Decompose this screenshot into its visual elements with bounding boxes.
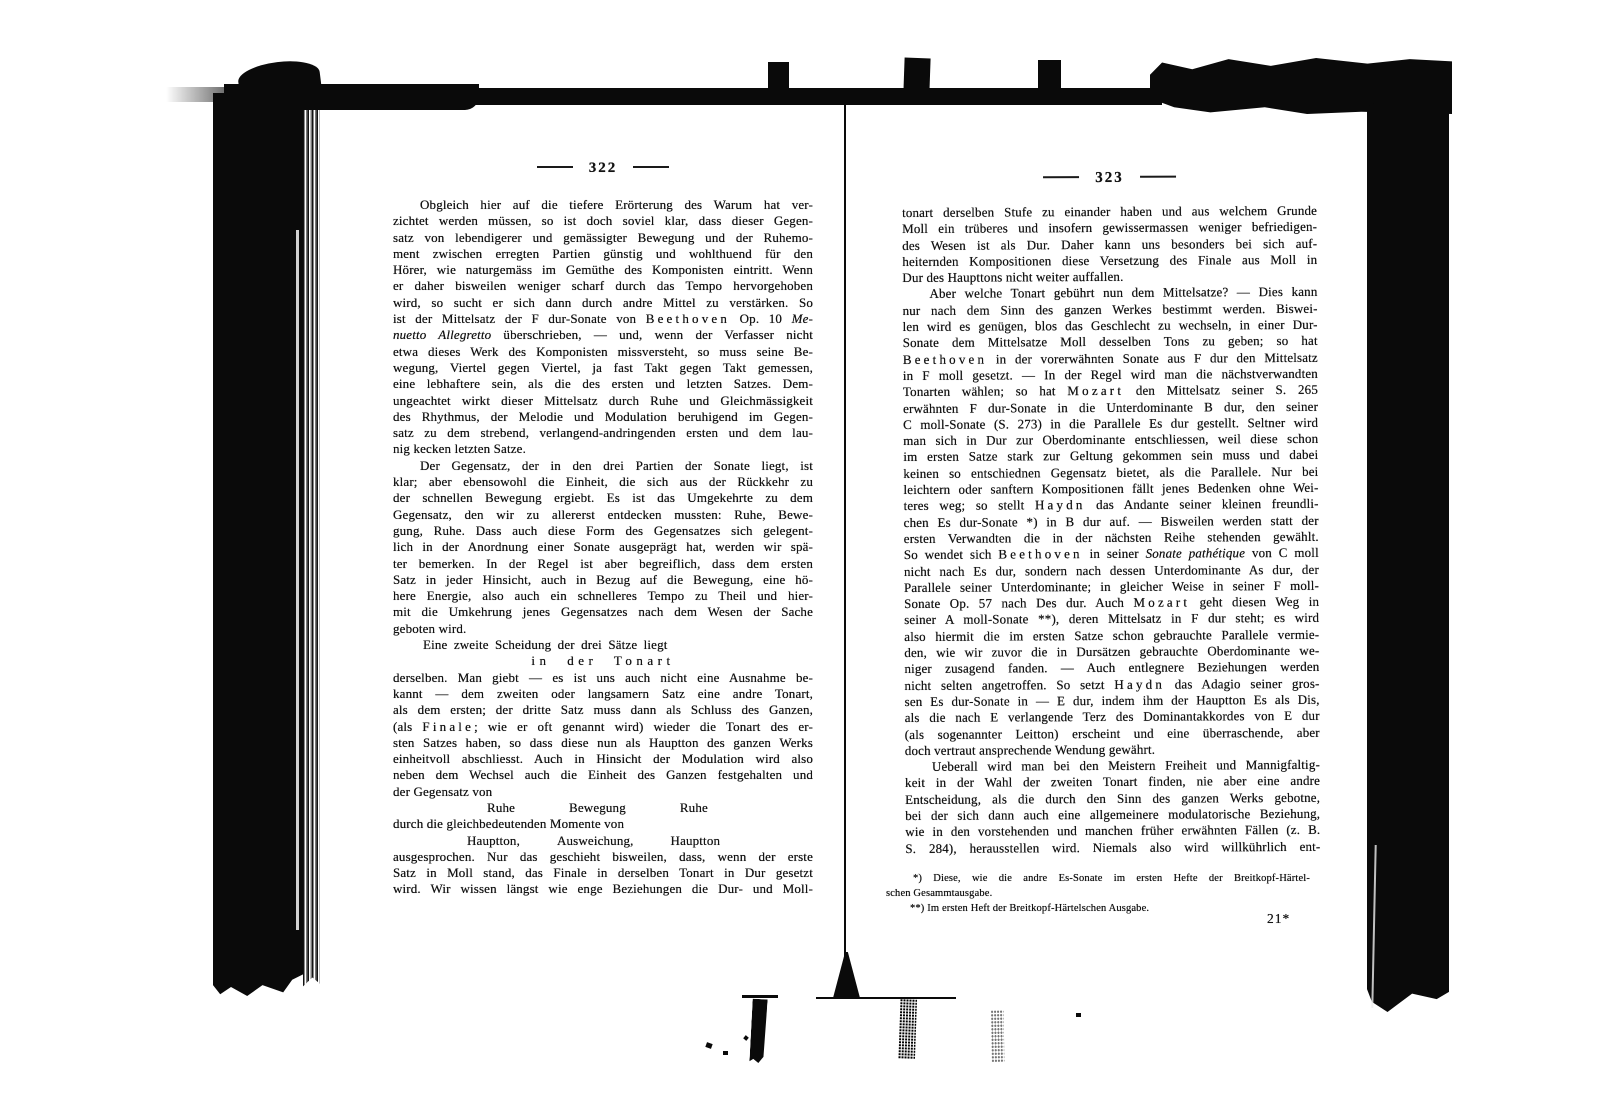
text-line: Moll ein trüberes und insofern gewisserm… <box>902 219 1317 237</box>
column-word: Hauptton <box>671 833 721 849</box>
text-line: ment zwischen erregten Partien günstig u… <box>393 246 813 262</box>
scan-ink-top-band <box>224 88 1162 105</box>
text-line: S. 284), herausstellen wird. Niemals als… <box>905 838 1320 856</box>
text-line: wird. Wir wissen längst wie enge Beziehu… <box>393 881 813 897</box>
text-line: Obgleich hier auf die tiefere Erörterung… <box>393 197 813 213</box>
scan-ink-top-tab <box>1038 60 1061 93</box>
text-line: Tonarten wählen; so hat Mozart den Mitte… <box>903 382 1318 400</box>
scan-ink-speck <box>705 1042 712 1049</box>
scan-ink-left-band <box>213 93 303 996</box>
text-line: wegung, Viertel gegen Viertel, ja fast T… <box>393 360 813 376</box>
text-line: nicht selten angetroffen. So setzt Haydn… <box>904 675 1319 693</box>
text-line: sten Satzes haben, so dass diese nun als… <box>393 735 813 751</box>
column-word: Ausweichung, <box>557 833 634 849</box>
text-line: ter bemerken. In der Regel ist aber begr… <box>393 556 813 572</box>
scan-ink-speck <box>723 1051 728 1055</box>
text-line: satz zu dem strebend, verlangend-andring… <box>393 425 813 441</box>
text-line: nuetto Allegretto überschrieben, — und, … <box>393 327 813 343</box>
text-line: als dem ersten; der dritte Satz muss dan… <box>393 702 813 718</box>
text-line: teres weg; so stellt Haydn das Andante s… <box>904 496 1319 514</box>
text-line: Hauptton,Ausweichung,Hauptton <box>393 833 813 849</box>
text-segment: Sonate Op. 57 nach Des dur. Auch <box>904 595 1133 611</box>
text-line: als die nach E verlangende Terz des Domi… <box>905 708 1320 726</box>
italic-title: Me- <box>792 311 813 326</box>
text-line: RuheBewegungRuhe <box>393 800 813 816</box>
page-number-rule <box>633 166 669 168</box>
printer-signature: 21* <box>1267 911 1290 927</box>
scan-ink-bottom-line <box>816 997 956 999</box>
column-word: Hauptton, <box>467 833 520 849</box>
text-line: So wendet sich Beethoven in seiner Sonat… <box>904 545 1319 563</box>
text-line: eine lebhaftere sein, als die des ersten… <box>393 376 813 392</box>
text-line: ausgesprochen. Nur das geschieht bisweil… <box>393 849 813 865</box>
text-segment: das Adagio seiner gros- <box>1165 675 1320 691</box>
text-segment: teres weg; so stellt <box>904 498 1035 514</box>
left-page-number: 322 <box>393 160 813 177</box>
scan-ink-top-tab <box>768 62 789 92</box>
page-number-value: 323 <box>1095 170 1124 186</box>
text-segment: ; wie er oft genannt wird) wieder die To… <box>474 719 813 734</box>
text-line: des Wesen ist als Dur. Daher kann uns be… <box>902 235 1317 253</box>
emphasized-name: Finale <box>422 719 474 734</box>
text-segment: den Mittelsatz seiner S. 265 <box>1124 382 1318 398</box>
text-line: Hörer, wie naturgemäss im Gemüthe des Ko… <box>393 262 813 278</box>
text-segment: (als <box>393 719 422 734</box>
text-line: keit in der Wahl der zweiten Tonart find… <box>905 773 1320 791</box>
text-line: nig kecken letzten Satze. <box>393 441 813 457</box>
text-line: nicht nach Es dur, sondern nach dessen U… <box>904 561 1319 579</box>
scan-ink-bottom-tab <box>749 999 767 1064</box>
scan-ink-gutter-line <box>844 98 846 960</box>
left-page-body: Obgleich hier auf die tiefere Erörterung… <box>393 197 813 898</box>
text-line: heiternden Kompositionen diese Versetzun… <box>902 252 1317 270</box>
italic-title: nuetto Allegretto <box>393 327 491 342</box>
text-line: der Gegensatz von <box>393 784 813 800</box>
scan-ink-bottom-tab <box>898 999 917 1060</box>
italic-title: Sonate pathétique <box>1146 545 1246 561</box>
text-line: gung, Ruhe. Dass auch diese Form des Geg… <box>393 523 813 539</box>
text-segment: Tonarten wählen; so hat <box>903 383 1067 399</box>
right-page-number: 323 <box>902 169 1317 188</box>
scan-ink-right-bar <box>1367 96 1449 1012</box>
emphasized-name: Beethoven <box>903 351 987 366</box>
page-number-rule <box>1140 176 1176 178</box>
text-line: neben dem Wechsel auch die Einheit des G… <box>393 767 813 783</box>
text-line: Gegensatz, den wir zu allererst entdecke… <box>393 507 813 523</box>
text-segment: nicht selten angetroffen. So setzt <box>904 677 1114 693</box>
book-scan-spread: 322 Obgleich hier auf die tiefere Erörte… <box>0 0 1600 1098</box>
emphasized-name: Mozart <box>1067 383 1124 398</box>
text-line: seiner A moll-Sonate **), deren Mittelsa… <box>904 610 1319 628</box>
text-line: durch die gleichbedeutenden Momente von <box>393 816 813 832</box>
text-line: kannt — dem zweiten oder langsamern Satz… <box>393 686 813 702</box>
text-segment: ist der Mittelsatz der F dur-Sonate von <box>393 311 646 326</box>
text-line: lich in der Anordnung einer Sonate ausge… <box>393 539 813 555</box>
text-line: einheitvoll abschliesst. Auch in Hinsich… <box>393 751 813 767</box>
text-segment: von C moll <box>1245 545 1319 560</box>
text-line: geboten wird. <box>393 621 813 637</box>
scan-ink-speck <box>743 1035 749 1041</box>
scan-ink-left-band-slit <box>296 230 299 930</box>
text-line: Satz in Moll stand, das Finale in dersel… <box>393 865 813 881</box>
scan-ink-speck <box>1076 1013 1081 1017</box>
text-segment: geht diesen Weg in <box>1190 594 1319 610</box>
text-segment: So wendet sich <box>904 547 999 562</box>
text-line: klar; aber ebensowohl die Einheit, die s… <box>393 474 813 490</box>
scan-ink-bottom-tab <box>991 1010 1005 1062</box>
column-word: Ruhe <box>680 800 708 816</box>
text-segment: in seiner <box>1083 546 1146 561</box>
scan-ink-page-edge-stripes <box>303 96 320 990</box>
emphasized-name: Mozart <box>1133 595 1190 610</box>
text-line: zichtet werden müssen, so ist doch sovie… <box>393 213 813 229</box>
text-line: Der Gegensatz, der in den drei Partien d… <box>393 458 813 474</box>
text-line: des Rhythmus, der Melodie und Modulation… <box>393 409 813 425</box>
page-number-rule <box>537 166 573 168</box>
text-line: der schnellen Bewegung ergiebt. Es ist d… <box>393 490 813 506</box>
emphasized-name: Haydn <box>1035 497 1086 512</box>
text-line: wird, so sucht er sich dann durch andre … <box>393 295 813 311</box>
emphasized-name: Haydn <box>1114 676 1165 691</box>
scan-ink-top-fade <box>166 87 226 102</box>
right-page-body: tonart derselben Stufe zu einander haben… <box>902 203 1320 857</box>
text-line: etwa dieses Werk des Komponisten missver… <box>393 344 813 360</box>
right-page-footnotes: *) Diese, wie die andre Es-Sonate im ers… <box>886 871 1310 916</box>
text-line: Satz in jeder Hinsicht, auch in Bezug au… <box>393 572 813 588</box>
emphasized-name: Beethoven <box>646 311 730 326</box>
text-line: (als Finale; wie er oft genannt wird) wi… <box>393 719 813 735</box>
text-line: Eine zweite Scheidung der drei Sätze lie… <box>393 637 813 653</box>
text-line: Aber welche Tonart gebührt nun dem Mitte… <box>902 284 1317 302</box>
emphasized-name: Beethoven <box>998 546 1082 561</box>
text-line: im ersten Satze stark zur Geltung gekomm… <box>903 447 1318 465</box>
text-segment: das Andante seiner kleinen freundli- <box>1086 496 1319 512</box>
text-line: er daher bisweilen weniger scharf durch … <box>393 278 813 294</box>
text-line: (als sogenannter Leitton) erscheint und … <box>905 724 1320 742</box>
text-line: wie in den vorstehenden und manchen früh… <box>905 822 1320 840</box>
scan-ink-bottom-line <box>742 995 778 998</box>
text-segment: überschrieben, — und, wenn der Verfasser… <box>491 327 813 342</box>
column-word: Bewegung <box>569 800 626 816</box>
scan-ink-gutter-flare <box>833 952 860 998</box>
text-line: here Energie, also auch ein schnelleres … <box>393 588 813 604</box>
text-line: erwähnten F dur-Sonate in die Unterdomin… <box>903 398 1318 416</box>
page-number-value: 322 <box>589 160 618 176</box>
page-number-rule <box>1043 176 1079 178</box>
text-line: ist der Mittelsatz der F dur-Sonate von … <box>393 311 813 327</box>
text-line: in der Tonart <box>393 653 813 669</box>
text-line: ungeachtet wirkt dieser Mittelsatz durch… <box>393 393 813 409</box>
column-word: Ruhe <box>487 800 515 816</box>
text-line: derselben. Man giebt — es ist uns auch n… <box>393 670 813 686</box>
text-segment: in der vorerwähnten Sonate aus F dur den… <box>987 349 1318 366</box>
text-line: mit die Umkehrung jenes Gegensatzes nach… <box>393 604 813 620</box>
text-line: schen Gesammtausgabe. <box>886 886 1310 901</box>
text-line: satz von lebendigerer und gemässigter Be… <box>393 230 813 246</box>
text-segment: Op. 10 <box>730 311 792 326</box>
text-line: **) Im ersten Heft der Breitkopf-Härtels… <box>886 901 1310 916</box>
scan-ink-top-tab <box>903 58 930 94</box>
text-line: *) Diese, wie die andre Es-Sonate im ers… <box>886 871 1310 886</box>
